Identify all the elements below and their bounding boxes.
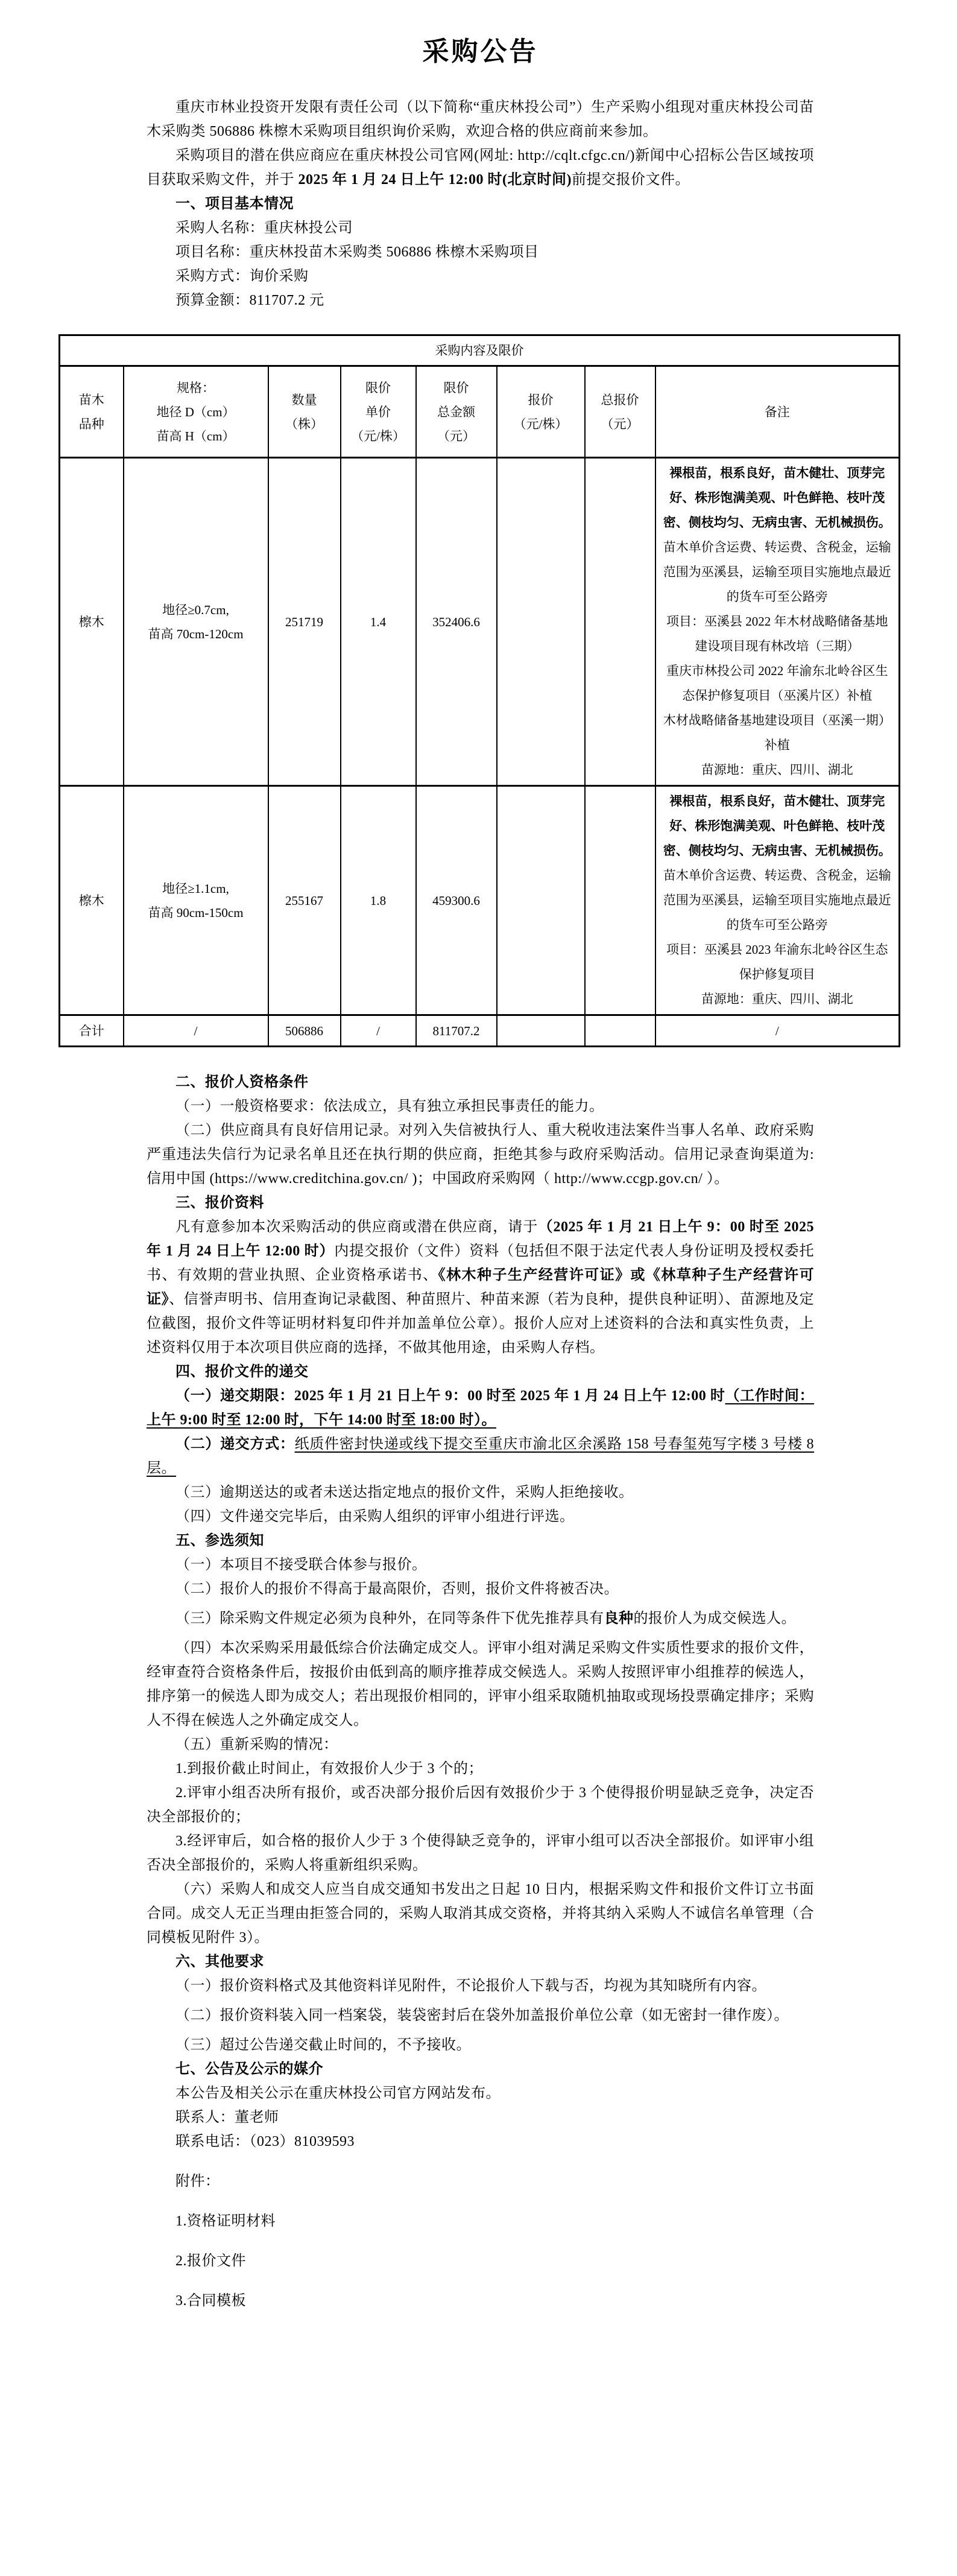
late-submission-paragraph: （三）逾期送达的或者未送达指定地点的报价文件，采购人拒绝接收。	[147, 1480, 814, 1505]
reprocurement-item-1: 1.到报价截止时间止，有效报价人少于 3 个的；	[147, 1757, 814, 1781]
intro-p2-tail: 前提交报价文件。	[572, 172, 690, 188]
remark-quality-requirements: 裸根苗，根系良好，苗木健壮、顶芽完好、株形饱满美观、叶色鲜艳、枝叶茂密、侧枝均匀…	[661, 789, 894, 863]
col-header-unit-price-limit: 限价 单价 （元/株）	[341, 366, 416, 458]
total-bid-total-cell	[585, 1015, 655, 1047]
bid-total-cell	[585, 458, 655, 786]
s5-p3-text-2: 的报价人为成交候选人。	[634, 1611, 797, 1626]
price-table: 采购内容及限价 苗木 品种 规格： 地径 D（cm） 苗高 H（cm） 数量 （…	[58, 334, 900, 1047]
table-title: 采购内容及限价	[60, 335, 900, 366]
s5-p3-text-1: （三）除采购文件规定必须为良种外，在同等条件下优先推荐具有	[175, 1611, 604, 1626]
attachments-label: 附件：	[147, 2169, 814, 2194]
remark-cell: 裸根苗，根系良好，苗木健壮、顶芽完好、株形饱满美观、叶色鲜艳、枝叶茂密、侧枝均匀…	[655, 458, 900, 786]
total-label-cell: 合计	[60, 1015, 124, 1047]
s4-deadline: （一）递交期限：2025 年 1 月 21 日上午 9：00 时至 2025 年…	[175, 1388, 725, 1404]
bid-price-cell	[497, 458, 585, 786]
project-name-line: 项目名称：重庆林投苗木采购类 506886 株檫木采购项目	[147, 240, 814, 264]
total-price-limit-cell: 352406.6	[416, 458, 497, 786]
submission-deadline-emphasis: 2025 年 1 月 24 日上午 12:00 时(北京时间)	[298, 172, 572, 188]
col-header-bid-total: 总报价 （元）	[585, 366, 655, 458]
col-header-species: 苗木 品种	[60, 366, 124, 458]
publication-media-paragraph: 本公告及相关公示在重庆林投公司官方网站发布。	[147, 2081, 814, 2105]
submission-deadline-paragraph: （一）递交期限：2025 年 1 月 21 日上午 9：00 时至 2025 年…	[147, 1384, 814, 1432]
reprocurement-item-3: 3.经评审后，如合格的报价人少于 3 个使得缺乏竞争的，评审小组可以否决全部报价…	[147, 1829, 814, 1877]
price-ceiling-paragraph: （二）报价人的报价不得高于最高限价，否则，报价文件将被否决。	[147, 1577, 814, 1601]
table-total-row: 合计 / 506886 / 811707.2 /	[60, 1015, 900, 1047]
intro-paragraph-1: 重庆市林业投资开发限有责任公司（以下简称“重庆林投公司”）生产采购小组现对重庆林…	[147, 95, 814, 144]
section-1-heading: 一、项目基本情况	[147, 192, 814, 216]
evaluation-method-paragraph: （四）本次采购采用最低综合价法确定成交人。评审小组对满足采购文件实质性要求的报价…	[147, 1636, 814, 1733]
section-7-heading: 七、公告及公示的媒介	[147, 2057, 814, 2081]
contract-signing-paragraph: （六）采购人和成交人应当自成交通知书发出之日起 10 日内，根据采购文件和报价文…	[147, 1877, 814, 1950]
col-header-remark: 备注	[655, 366, 900, 458]
col-header-bid-price: 报价 （元/株）	[497, 366, 585, 458]
quantity-cell: 251719	[268, 458, 341, 786]
total-spec-cell: /	[124, 1015, 268, 1047]
bid-total-cell	[585, 786, 655, 1015]
total-price-limit-cell: 459300.6	[416, 786, 497, 1015]
table-header-row: 苗木 品种 规格： 地径 D（cm） 苗高 H（cm） 数量 （株） 限价 单价…	[60, 366, 900, 458]
attachment-item-3: 3.合同模板	[147, 2289, 814, 2313]
attachment-item-2: 2.报价文件	[147, 2249, 814, 2273]
spec-cell: 地径≥0.7cm, 苗高 70cm-120cm	[124, 458, 268, 786]
sealing-requirement-paragraph: （二）报价资料装入同一档案袋，装袋密封后在袋外加盖报价单位公章（如无密封一律作废…	[147, 1998, 814, 2033]
col-header-spec: 规格： 地径 D（cm） 苗高 H（cm）	[124, 366, 268, 458]
section-2-heading: 二、报价人资格条件	[147, 1070, 814, 1094]
quotation-materials-paragraph: 凡有意参加本次采购活动的供应商或潜在供应商，请于（2025 年 1 月 21 日…	[147, 1215, 814, 1360]
bid-price-cell	[497, 786, 585, 1015]
col-header-total-price-limit: 限价 总金额 （元）	[416, 366, 497, 458]
no-consortium-paragraph: （一）本项目不接受联合体参与报价。	[147, 1553, 814, 1577]
remark-details: 苗木单价含运费、转运费、含税金，运输范围为巫溪县，运输至项目实施地点最近的货车可…	[663, 868, 891, 1006]
page-title: 采购公告	[147, 33, 814, 71]
review-after-submission-paragraph: （四）文件递交完毕后，由采购人组织的评审小组进行评选。	[147, 1505, 814, 1529]
procurement-announcement-document: 采购公告 重庆市林业投资开发限有责任公司（以下简称“重庆林投公司”）生产采购小组…	[0, 0, 957, 2576]
section-5-heading: 五、参选须知	[147, 1529, 814, 1553]
s3-text-1: 凡有意参加本次采购活动的供应商或潜在供应商，请于	[175, 1219, 538, 1235]
col-header-quantity: 数量 （株）	[268, 366, 341, 458]
price-table-wrapper: 采购内容及限价 苗木 品种 规格： 地径 D（cm） 苗高 H（cm） 数量 （…	[58, 334, 899, 1047]
seed-priority-paragraph: （三）除采购文件规定必须为良种外，在同等条件下优先推荐具有良种的报价人为成交候选…	[147, 1601, 814, 1636]
attachment-item-1: 1.资格证明材料	[147, 2209, 814, 2233]
remark-quality-requirements: 裸根苗，根系良好，苗木健壮、顶芽完好、株形饱满美观、叶色鲜艳、枝叶茂密、侧枝均匀…	[661, 461, 894, 535]
buyer-name-line: 采购人名称：重庆林投公司	[147, 216, 814, 240]
total-bid-price-cell	[497, 1015, 585, 1047]
qualification-general: （一）一般资格要求：依法成立，具有独立承担民事责任的能力。	[147, 1094, 814, 1118]
table-title-row: 采购内容及限价	[60, 335, 900, 366]
reprocurement-heading-paragraph: （五）重新采购的情况：	[147, 1733, 814, 1757]
procurement-method-line: 采购方式：询价采购	[147, 264, 814, 288]
quantity-cell: 255167	[268, 786, 341, 1015]
unit-price-limit-cell: 1.8	[341, 786, 416, 1015]
section-6-heading: 六、其他要求	[147, 1950, 814, 1974]
contact-phone-line: 联系电话：（023）81039593	[147, 2130, 814, 2154]
total-unit-price-cell: /	[341, 1015, 416, 1047]
overdue-rejection-paragraph: （三）超过公告递交截止时间的，不予接收。	[147, 2033, 814, 2057]
section-4-heading: 四、报价文件的递交	[147, 1360, 814, 1384]
budget-amount-line: 预算金额：811707.2 元	[147, 288, 814, 312]
remark-cell: 裸根苗，根系良好，苗木健壮、顶芽完好、株形饱满美观、叶色鲜艳、枝叶茂密、侧枝均匀…	[655, 786, 900, 1015]
species-cell: 檫木	[60, 458, 124, 786]
reprocurement-item-2: 2.评审小组否决所有报价，或否决部分报价后因有效报价少于 3 个使得报价明显缺乏…	[147, 1781, 814, 1829]
intro-paragraph-2: 采购项目的潜在供应商应在重庆林投公司官网(网址: http://cqlt.cfg…	[147, 144, 814, 192]
total-quantity-cell: 506886	[268, 1015, 341, 1047]
spec-cell: 地径≥1.1cm, 苗高 90cm-150cm	[124, 786, 268, 1015]
contact-person-line: 联系人：董老师	[147, 2105, 814, 2130]
total-remark-cell: /	[655, 1015, 900, 1047]
s5-seed-emphasis: 良种	[604, 1611, 634, 1626]
species-cell: 檫木	[60, 786, 124, 1015]
s3-text-3: 、信誉声明书、信用查询记录截图、种苗照片、种苗来源（若为良种，提供良种证明）、苗…	[147, 1292, 814, 1356]
remark-details: 苗木单价含运费、转运费、含税金，运输范围为巫溪县，运输至项目实施地点最近的货车可…	[663, 540, 891, 777]
s4-method-label: （二）递交方式：	[175, 1436, 295, 1452]
section-3-heading: 三、报价资料	[147, 1191, 814, 1215]
qualification-credit: （二）供应商具有良好信用记录。对列入失信被执行人、重大税收违法案件当事人名单、政…	[147, 1118, 814, 1191]
total-price-limit-sum-cell: 811707.2	[416, 1015, 497, 1047]
unit-price-limit-cell: 1.4	[341, 458, 416, 786]
table-row: 檫木 地径≥0.7cm, 苗高 70cm-120cm 251719 1.4 35…	[60, 458, 900, 786]
table-row: 檫木 地径≥1.1cm, 苗高 90cm-150cm 255167 1.8 45…	[60, 786, 900, 1015]
submission-method-paragraph: （二）递交方式：纸质件密封快递或线下提交至重庆市渝北区余溪路 158 号春玺苑写…	[147, 1432, 814, 1480]
attachment-format-paragraph: （一）报价资料格式及其他资料详见附件，不论报价人下载与否，均视为其知晓所有内容。	[147, 1974, 814, 1998]
